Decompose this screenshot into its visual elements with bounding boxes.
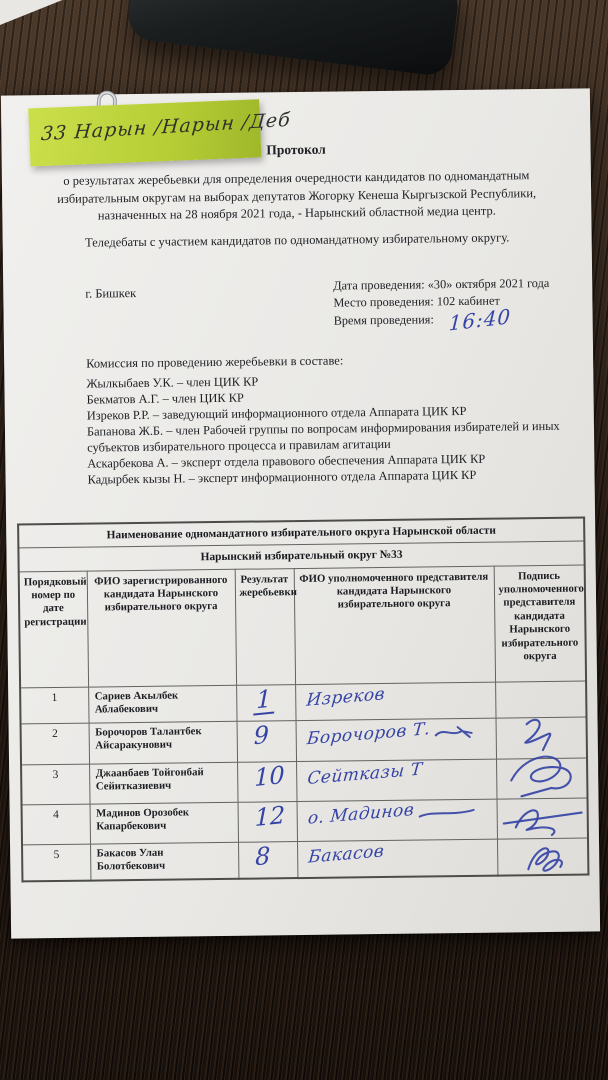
commission-member-list: Жылкыбаев У.К. – член ЦИК КР Бекматов А.… (86, 369, 593, 487)
row-number: 2 (21, 723, 89, 765)
lottery-results-table: Наименование одномандатного избирательно… (17, 517, 589, 883)
representative-name-handwritten: Изреков (305, 686, 385, 710)
representative-name-handwritten: Борочоров Т. (306, 721, 431, 748)
meta-date: Дата проведения: «30» октября 2021 года (333, 275, 549, 295)
lottery-result-handwritten: 9 (253, 722, 268, 748)
protocol-document: 33 Нарын /Нарын /Деб Протокол о результа… (1, 88, 600, 938)
lottery-result-handwritten: 10 (254, 762, 285, 789)
row-number: 1 (20, 687, 88, 724)
meta-time-label: Время проведения: (334, 312, 434, 327)
signature-cell (496, 758, 588, 799)
representative-name-handwritten: Сейтказы Т (306, 761, 423, 788)
city-label: г. Бишкек (85, 286, 136, 302)
document-intro-paragraph: о результатах жеребьевки для определения… (36, 167, 558, 226)
meta-time-handwritten: 16:40 (449, 306, 512, 334)
candidate-name: Сариев Акылбек Аблабекович (88, 685, 236, 723)
row-number: 3 (21, 764, 89, 805)
signature-scribble-icon (501, 800, 585, 841)
column-header-representative: ФИО уполномоченного представителя кандид… (294, 566, 495, 684)
candidate-name: Джаанбаев Тойгонбай Сейитказиевич (89, 762, 237, 804)
table-row: 5 Бакасов Улан Болотбекович 8 Бакасов (22, 838, 588, 882)
table-row: 2 Борочоров Талантбек Айсаракунович 9 Бо… (21, 717, 587, 765)
lottery-result-handwritten: 8 (255, 843, 270, 869)
signature-cell (496, 798, 588, 839)
candidate-name: Борочоров Талантбек Айсаракунович (89, 721, 237, 764)
representative-name-handwritten: Бакасов (307, 843, 384, 866)
lottery-result-handwritten: 1 (253, 686, 274, 715)
row-number: 5 (22, 844, 90, 882)
document-subtitle: Теледебаты с участием кандидатов по одно… (37, 230, 558, 251)
row-number: 4 (22, 804, 90, 845)
representative-name-handwritten: о. Мадинов (307, 801, 415, 827)
table-row: 3 Джаанбаев Тойгонбай Сейитказиевич 10 С… (21, 758, 587, 805)
sticky-note-text: 33 Нарын /Нарын /Деб (40, 111, 291, 144)
column-header-signature: Подпись уполномоченного представителя ка… (494, 565, 586, 682)
signature-cell (497, 838, 588, 876)
candidate-name: Мадинов Орозобек Капарбекович (90, 802, 238, 844)
candidate-name: Бакасов Улан Болотбекович (90, 842, 238, 881)
signature-flourish-icon (434, 723, 476, 740)
column-header-number: Порядковый номер по дате регистрации (19, 571, 88, 688)
signature-scribble-icon (511, 838, 571, 877)
meta-block: Дата проведения: «30» октября 2021 года … (333, 275, 550, 332)
column-header-result: Результат жеребьевки (235, 568, 295, 685)
lottery-result-handwritten: 12 (254, 802, 285, 829)
signature-cell (496, 717, 588, 759)
meta-time-row: Время проведения: 16:40 (334, 309, 550, 332)
commission-heading: Комиссия по проведению жеребьевки в сост… (86, 353, 343, 371)
signature-cell (495, 681, 586, 718)
table-row: 4 Мадинов Орозобек Капарбекович 12 о. Ма… (22, 798, 588, 845)
column-header-candidate: ФИО зарегистрированного кандидата Нарынс… (87, 569, 236, 687)
signature-strike-icon (418, 805, 476, 820)
